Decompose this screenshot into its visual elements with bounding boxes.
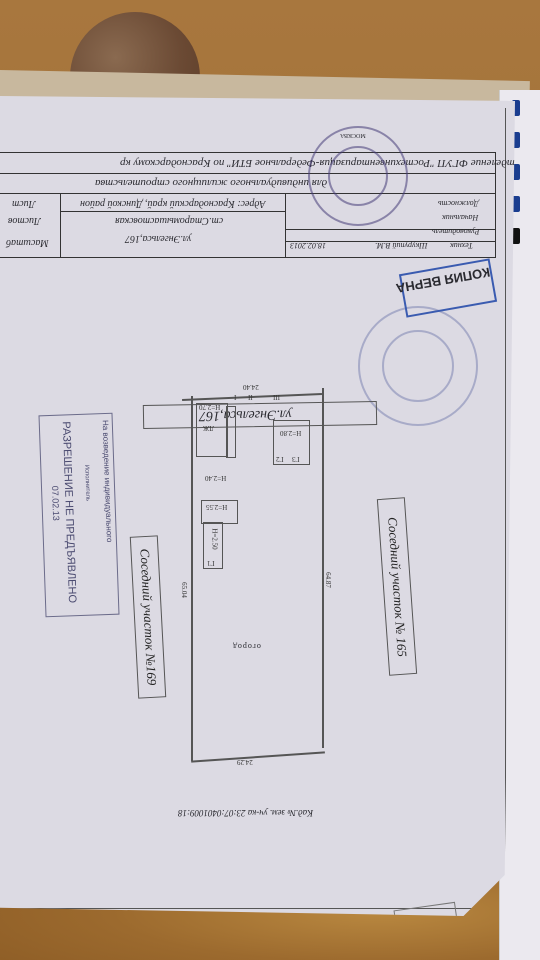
dim-right: 64.87 (324, 572, 332, 588)
address-line-2: ст.Старомышастовская (115, 215, 223, 226)
sheets-label: Листов (8, 215, 41, 226)
label-a1: H=2.40 (205, 474, 226, 482)
plot-left-boundary (191, 396, 193, 761)
document-sheet: Динское районное отделение ФГУП "Ростехи… (0, 96, 515, 916)
building-main-house: ЛЖ H=2.70 (196, 403, 228, 457)
sig-role-1: Начальник (442, 213, 478, 222)
scale-label: Масштаб (6, 237, 49, 248)
sig-date-3: 18.02.2013 (290, 241, 326, 250)
building-veranda (226, 406, 236, 458)
street-label-box: ул.Энгельса,167 (143, 401, 377, 429)
cadastral-number: Кад.№ зем. уч-ка 23:07:0401009:18 (178, 808, 313, 818)
title-block: Динское районное отделение ФГУП "Ростехи… (0, 152, 496, 258)
building-annex: H=2.55 (201, 500, 238, 524)
address-line-1: Адрес: Краснодарский край, Динской район (80, 198, 266, 209)
plot-right-boundary (322, 388, 324, 748)
dim-back: 24.29 (237, 758, 253, 766)
dim-front: 24.40 (243, 383, 259, 391)
sig-role-3: Техник (450, 241, 473, 250)
dim-left: 65.04 (180, 582, 188, 598)
sig-role-0: Должность (438, 199, 479, 208)
address-line-3: ул.Энгельса,167 (125, 233, 191, 244)
building-g2-g3: H=2.80 Г2 Г3 (273, 420, 310, 465)
garden-label: огород (232, 642, 261, 651)
sheet-label: Лист (12, 198, 35, 209)
sig-role-2: Руководитель (432, 227, 479, 236)
sig-name-3: Шкурупий В.М. (375, 241, 428, 250)
round-stamp-btk: МОСКВА (308, 126, 408, 226)
permit-stamp: На возведение индивидуального Исполнител… (38, 413, 119, 617)
purpose-text: для индивидуального жилищного строительс… (95, 177, 327, 189)
building-g1: H=2.50 Г1 (203, 522, 223, 569)
